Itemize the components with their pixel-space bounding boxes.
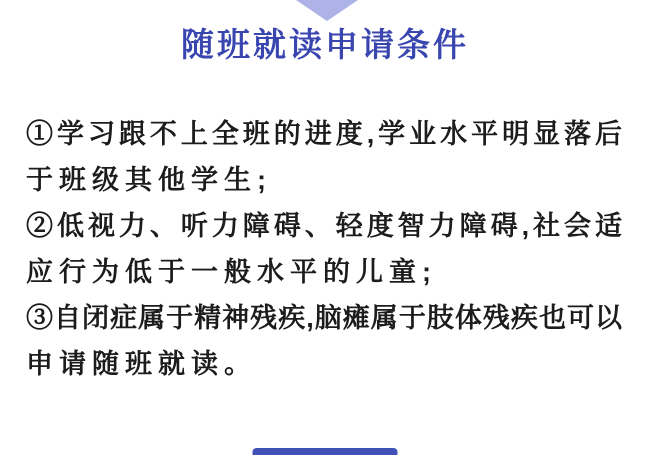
condition-3-line-1: ③自闭症属于精神残疾,脑瘫属于肢体残疾也可以 <box>26 295 622 341</box>
condition-2-line-2: 应行为低于一般水平的儿童; <box>26 249 622 295</box>
condition-1-line-2: 于班级其他学生; <box>26 157 622 203</box>
page-title: 随班就读申请条件 <box>0 19 650 66</box>
condition-3-line-2: 申请随班就读。 <box>26 341 622 387</box>
condition-item-2: ②低视力、听力障碍、轻度智力障碍,社会适 应行为低于一般水平的儿童; <box>26 203 622 295</box>
condition-2-line-1: ②低视力、听力障碍、轻度智力障碍,社会适 <box>26 203 622 249</box>
infographic-page: 随班就读申请条件 ①学习跟不上全班的进度,学业水平明显落后 于班级其他学生; ②… <box>0 0 650 455</box>
condition-1-line-1: ①学习跟不上全班的进度,学业水平明显落后 <box>26 111 622 157</box>
down-arrow-icon <box>296 0 358 21</box>
next-section-title-sliver <box>253 448 398 455</box>
condition-item-3: ③自闭症属于精神残疾,脑瘫属于肢体残疾也可以 申请随班就读。 <box>26 295 622 387</box>
conditions-list: ①学习跟不上全班的进度,学业水平明显落后 于班级其他学生; ②低视力、听力障碍、… <box>26 111 622 387</box>
condition-item-1: ①学习跟不上全班的进度,学业水平明显落后 于班级其他学生; <box>26 111 622 203</box>
